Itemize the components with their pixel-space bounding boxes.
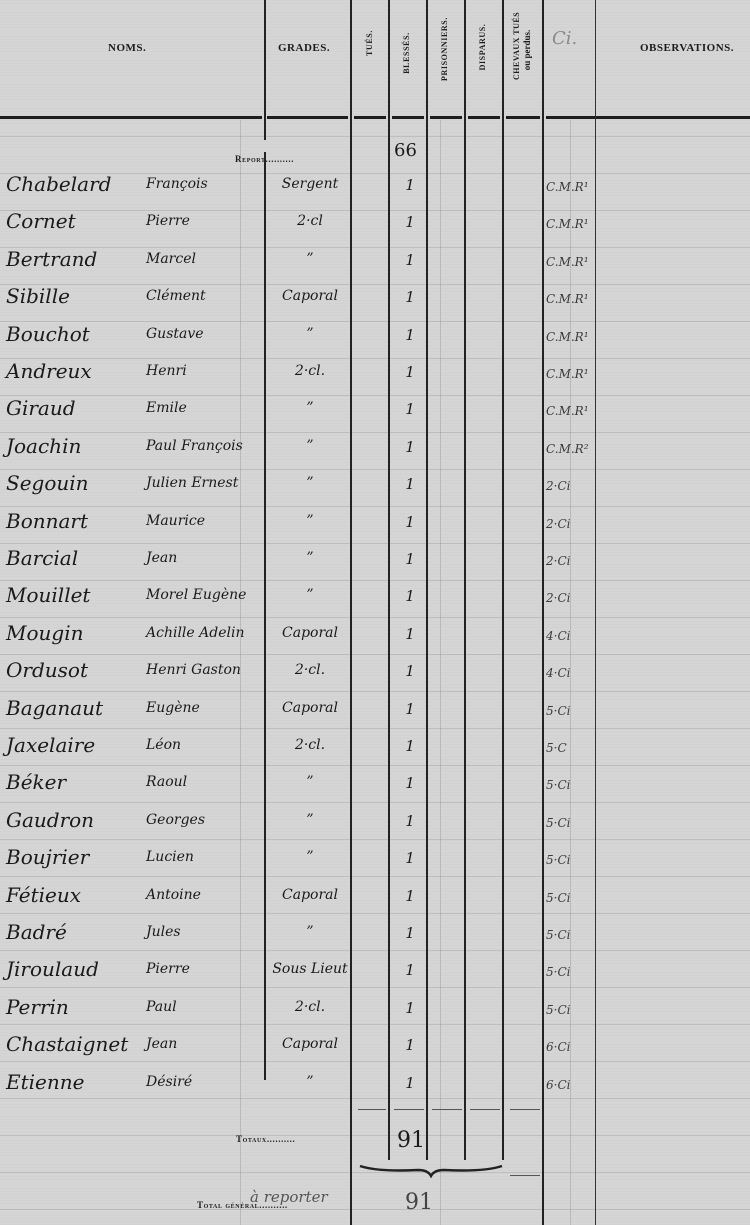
surname-cell: Fétieux: [6, 883, 81, 907]
ruled-line: [0, 469, 750, 470]
given-name-cell: Clément: [146, 288, 206, 304]
ruled-line: [0, 1061, 750, 1062]
blesses-cell: 1: [392, 288, 428, 306]
grade-cell: 2·cl.: [270, 363, 350, 379]
grade-cell: Caporal: [270, 625, 350, 641]
company-cell: 6·Ci: [546, 1078, 596, 1092]
surname-cell: Perrin: [6, 995, 69, 1019]
blesses-cell: 1: [392, 1074, 428, 1092]
grade-cell: 2·cl.: [270, 662, 350, 678]
ruled-line: [0, 1098, 750, 1099]
grade-cell: 2·cl: [270, 213, 350, 229]
blesses-cell: 1: [392, 961, 428, 979]
company-cell: 4·Ci: [546, 666, 596, 680]
ruled-line: [0, 580, 750, 581]
blesses-cell: 1: [392, 849, 428, 867]
total-brace-icon: [358, 1164, 504, 1178]
grade-cell: ”: [270, 812, 350, 828]
given-name-cell: Jean: [146, 1036, 177, 1052]
surname-cell: Bouchot: [6, 322, 90, 346]
company-cell: 2·Ci: [546, 591, 596, 605]
grade-cell: ”: [270, 438, 350, 454]
blesses-cell: 1: [392, 887, 428, 905]
company-cell: 5·Ci: [546, 704, 596, 718]
company-cell: C.M.R¹: [546, 180, 596, 194]
company-cell: 2·Ci: [546, 517, 596, 531]
header-rule: [267, 116, 348, 119]
blesses-cell: 1: [392, 550, 428, 568]
company-cell: 4·Ci: [546, 629, 596, 643]
column-divider-prisonniers-disparus: [464, 0, 466, 1160]
grade-cell: ”: [270, 587, 350, 603]
header-rule: [546, 116, 750, 119]
report-blesses-value: 66: [394, 140, 417, 161]
surname-cell: Mougin: [6, 621, 83, 645]
surname-cell: Barcial: [6, 546, 78, 570]
grade-cell: Caporal: [270, 1036, 350, 1052]
header-blesses: BLESSÉS.: [402, 23, 412, 83]
header-grades: GRADES.: [278, 42, 330, 54]
surname-cell: Andreux: [6, 359, 92, 383]
given-name-cell: Marcel: [146, 251, 196, 267]
header-rule: [506, 116, 540, 119]
register-page: NOMS. GRADES. TUÉS. BLESSÉS. PRISONNIERS…: [0, 0, 750, 1225]
grade-cell: ”: [270, 513, 350, 529]
blesses-cell: 1: [392, 662, 428, 680]
surname-cell: Bertrand: [6, 247, 97, 271]
surname-cell: Giraud: [6, 396, 76, 420]
company-cell: 5·Ci: [546, 816, 596, 830]
surname-cell: Jaxelaire: [6, 733, 95, 757]
grade-cell: ”: [270, 924, 350, 940]
ruled-line: [0, 395, 750, 396]
company-cell: C.M.R¹: [546, 330, 596, 344]
company-cell: C.M.R¹: [546, 404, 596, 418]
blesses-cell: 1: [392, 475, 428, 493]
company-cell: 6·Ci: [546, 1040, 596, 1054]
report-label: Report..........: [235, 154, 294, 164]
header-chevaux-line1: CHEVAUX TUÉS: [512, 20, 522, 80]
blesses-cell: 1: [392, 513, 428, 531]
given-name-cell: Morel Eugène: [146, 587, 246, 603]
given-name-cell: Eugène: [146, 700, 200, 716]
given-name-cell: Désiré: [146, 1074, 192, 1090]
ruled-line: [0, 765, 750, 766]
blesses-cell: 1: [392, 213, 428, 231]
blesses-cell: 1: [392, 625, 428, 643]
given-name-cell: Léon: [146, 737, 181, 753]
ruled-line: [0, 1209, 750, 1210]
grade-cell: Caporal: [270, 288, 350, 304]
given-name-cell: Paul François: [146, 438, 243, 454]
ruled-line: [0, 839, 750, 840]
surname-cell: Ordusot: [6, 658, 88, 682]
ruled-line: [0, 950, 750, 951]
surname-cell: Baganaut: [6, 696, 103, 720]
grade-cell: 2·cl.: [270, 737, 350, 753]
surname-cell: Mouillet: [6, 583, 90, 607]
company-cell: 2·Ci: [546, 479, 596, 493]
blesses-cell: 1: [392, 400, 428, 418]
grade-cell: ”: [270, 774, 350, 790]
given-name-cell: Raoul: [146, 774, 187, 790]
blesses-cell: 1: [392, 326, 428, 344]
blesses-cell: 1: [392, 438, 428, 456]
header-tues: TUÉS.: [365, 13, 375, 73]
blesses-cell: 1: [392, 924, 428, 942]
header-rule: [430, 116, 462, 119]
ruled-line: [0, 506, 750, 507]
company-cell: 5·Ci: [546, 928, 596, 942]
column-divider-grades-tues: [350, 0, 352, 1225]
given-name-cell: François: [146, 176, 208, 192]
blesses-cell: 1: [392, 700, 428, 718]
grade-cell: ”: [270, 326, 350, 342]
column-divider-tues-blesses: [388, 0, 390, 1160]
company-cell: 5·Ci: [546, 778, 596, 792]
totals-label: Totaux..........: [236, 1134, 295, 1144]
company-cell: C.M.R²: [546, 442, 596, 456]
ruled-line: [0, 358, 750, 359]
grade-cell: ”: [270, 400, 350, 416]
totals-rule: [510, 1175, 540, 1176]
given-name-cell: Julien Ernest: [146, 475, 238, 491]
given-name-cell: Maurice: [146, 513, 205, 529]
company-cell: C.M.R¹: [546, 217, 596, 231]
blesses-cell: 1: [392, 812, 428, 830]
surname-cell: Béker: [6, 770, 66, 794]
grade-cell: 2·cl.: [270, 999, 350, 1015]
grade-cell: Caporal: [270, 887, 350, 903]
company-cell: 5·Ci: [546, 965, 596, 979]
given-name-cell: Pierre: [146, 213, 190, 229]
company-cell: 2·Ci: [546, 554, 596, 568]
faint-guide: [440, 120, 441, 1225]
header-observations: OBSERVATIONS.: [640, 42, 734, 54]
grade-cell: ”: [270, 1074, 350, 1090]
given-name-cell: Jean: [146, 550, 177, 566]
grade-cell: ”: [270, 550, 350, 566]
header-noms: NOMS.: [108, 42, 146, 54]
grade-cell: Sergent: [270, 176, 350, 192]
ruled-line: [0, 321, 750, 322]
header-chevaux: CHEVAUX TUÉS ou perdus.: [512, 20, 532, 80]
ruled-line: [0, 691, 750, 692]
given-name-cell: Pierre: [146, 961, 190, 977]
company-cell: C.M.R¹: [546, 255, 596, 269]
surname-cell: Boujrier: [6, 845, 89, 869]
surname-cell: Badré: [6, 920, 67, 944]
company-cell: 5·C: [546, 741, 596, 755]
grade-cell: ”: [270, 475, 350, 491]
totals-rule: [394, 1109, 424, 1110]
ruled-line: [0, 617, 750, 618]
blesses-cell: 1: [392, 999, 428, 1017]
ruled-line: [0, 876, 750, 877]
surname-cell: Joachin: [6, 434, 81, 458]
blesses-cell: 1: [392, 251, 428, 269]
header-chevaux-line2: ou perdus.: [522, 20, 532, 80]
grade-cell: Sous Lieut: [270, 961, 350, 977]
header-compagnie: Ci.: [552, 28, 577, 49]
grade-cell: Caporal: [270, 700, 350, 716]
ruled-line: [0, 728, 750, 729]
totals-rule: [432, 1109, 462, 1110]
totals-rule: [470, 1109, 500, 1110]
column-divider-noms-grades: [264, 0, 266, 140]
ruled-line: [0, 173, 750, 174]
company-cell: 5·Ci: [546, 1003, 596, 1017]
column-divider-disparus-chevaux: [502, 0, 504, 1160]
blesses-cell: 1: [392, 1036, 428, 1054]
header-rule: [0, 116, 262, 119]
grade-cell: ”: [270, 849, 350, 865]
surname-cell: Cornet: [6, 209, 76, 233]
company-cell: 5·Ci: [546, 853, 596, 867]
given-name-cell: Gustave: [146, 326, 204, 342]
blesses-cell: 1: [392, 363, 428, 381]
surname-cell: Chabelard: [6, 172, 111, 196]
ruled-line: [0, 247, 750, 248]
header-prisonniers: PRISONNIERS.: [440, 9, 450, 89]
surname-cell: Bonnart: [6, 509, 88, 533]
totals-rule: [510, 1109, 540, 1110]
ruled-line: [0, 543, 750, 544]
column-divider-chevaux-compagnie: [542, 0, 544, 1225]
ruled-line: [0, 654, 750, 655]
ruled-line: [0, 987, 750, 988]
totals-blesses-value: 91: [397, 1128, 425, 1153]
surname-cell: Jiroulaud: [6, 957, 99, 981]
grade-cell: ”: [270, 251, 350, 267]
ruled-line: [0, 432, 750, 433]
ruled-line: [0, 136, 750, 137]
surname-cell: Chastaignet: [6, 1032, 128, 1056]
ruled-line: [0, 913, 750, 914]
ruled-line: [0, 284, 750, 285]
ruled-line: [0, 802, 750, 803]
company-cell: 5·Ci: [546, 891, 596, 905]
column-divider-names-inner: [264, 152, 266, 1080]
column-divider-blesses-prisonniers: [426, 0, 428, 1160]
given-name-cell: Georges: [146, 812, 205, 828]
given-name-cell: Jules: [146, 924, 181, 940]
given-name-cell: Henri: [146, 363, 187, 379]
blesses-cell: 1: [392, 774, 428, 792]
surname-cell: Sibille: [6, 284, 70, 308]
given-name-cell: Achille Adelin: [146, 625, 244, 641]
blesses-cell: 1: [392, 737, 428, 755]
ruled-line: [0, 1135, 750, 1136]
header-rule: [354, 116, 386, 119]
surname-cell: Gaudron: [6, 808, 94, 832]
company-cell: C.M.R¹: [546, 292, 596, 306]
company-cell: C.M.R¹: [546, 367, 596, 381]
surname-cell: Etienne: [6, 1070, 84, 1094]
header-rule: [392, 116, 424, 119]
given-name-cell: Lucien: [146, 849, 194, 865]
ruled-line: [0, 1024, 750, 1025]
given-name-cell: Henri Gaston: [146, 662, 241, 678]
ruled-line: [0, 210, 750, 211]
header-disparus: DISPARUS.: [478, 17, 488, 77]
given-name-cell: Antoine: [146, 887, 201, 903]
given-name-cell: Emile: [146, 400, 187, 416]
total-general-value: 91: [405, 1190, 433, 1215]
given-name-cell: Paul: [146, 999, 177, 1015]
surname-cell: Segouin: [6, 471, 89, 495]
totals-rule: [358, 1109, 386, 1110]
blesses-cell: 1: [392, 176, 428, 194]
header-rule: [468, 116, 500, 119]
total-general-annotation: à reporter: [250, 1188, 328, 1206]
blesses-cell: 1: [392, 587, 428, 605]
